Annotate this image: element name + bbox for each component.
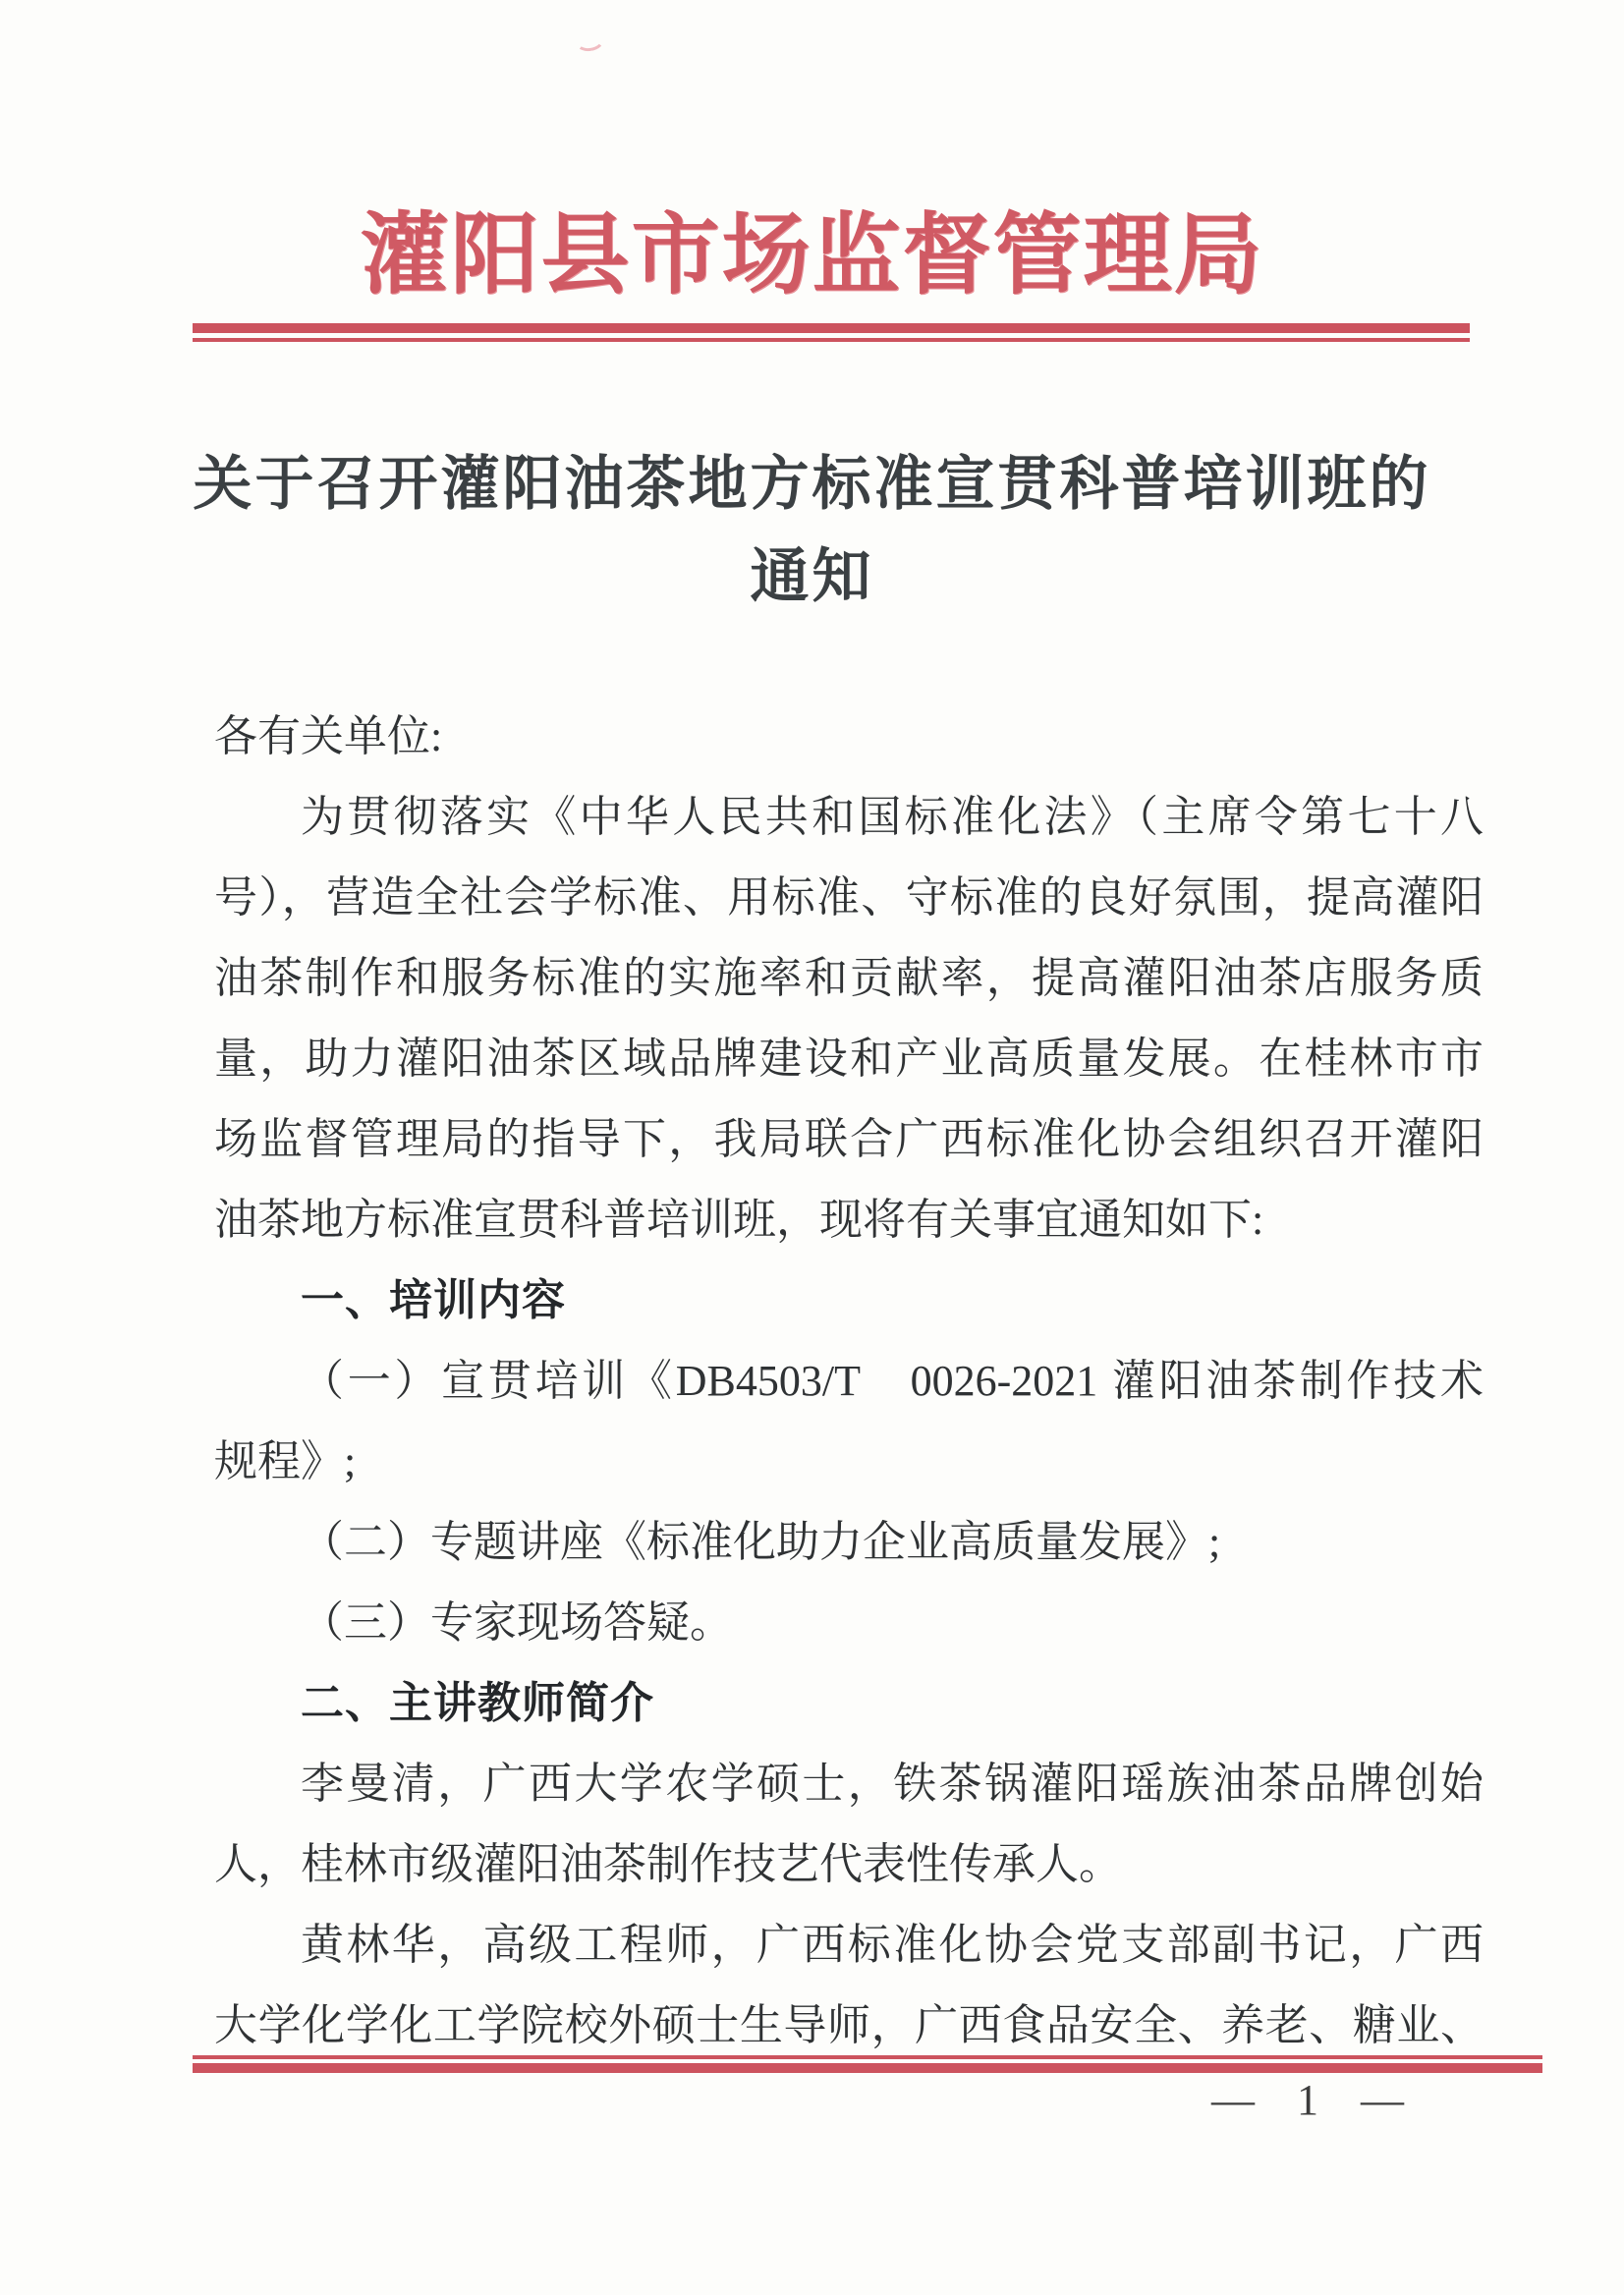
document-title: 关于召开灌阳油茶地方标准宣贯科普培训班的 通知 bbox=[157, 438, 1467, 623]
header-divider bbox=[193, 323, 1470, 342]
document-title-line-1: 关于召开灌阳油茶地方标准宣贯科普培训班的 bbox=[157, 438, 1467, 531]
body-line: （二）专题讲座《标准化助力企业高质量发展》; bbox=[214, 1502, 1484, 1583]
section-heading-1: 一、培训内容 bbox=[214, 1260, 1484, 1341]
header-divider-thick-line bbox=[193, 323, 1470, 333]
body-line: 大学化学化工学院校外硕士生导师，广西食品安全、养老、糖业、 bbox=[214, 1986, 1484, 2066]
salutation: 各有关单位: bbox=[214, 697, 1484, 777]
document-page: 灌阳县市场监督管理局 关于召开灌阳油茶地方标准宣贯科普培训班的 通知 各有关单位… bbox=[0, 0, 1624, 2295]
body-line: 规程》; bbox=[214, 1422, 1484, 1502]
page-number-left-dash: — bbox=[1211, 2075, 1255, 2125]
footer-divider-thin-line bbox=[193, 2055, 1542, 2059]
footer-divider bbox=[193, 2055, 1542, 2073]
section-heading-2: 二、主讲教师简介 bbox=[214, 1663, 1484, 1744]
footer-divider-thick-line bbox=[193, 2063, 1542, 2073]
body-line: 量，助力灌阳油茶区域品牌建设和产业高质量发展。在桂林市市 bbox=[214, 1019, 1484, 1099]
org-title: 灌阳县市场监督管理局 bbox=[0, 202, 1624, 310]
page-number: — 1 — bbox=[1211, 2075, 1404, 2125]
body-line: 号），营造全社会学标准、用标准、守标准的良好氛围，提高灌阳 bbox=[214, 858, 1484, 938]
body-line: （一）宣贯培训《DB4503/T 0026-2021 灌阳油茶制作技术 bbox=[214, 1341, 1484, 1422]
body-line: 黄林华，高级工程师，广西标准化协会党支部副书记，广西 bbox=[214, 1905, 1484, 1986]
body-line: 油茶制作和服务标准的实施率和贡献率，提高灌阳油茶店服务质 bbox=[214, 938, 1484, 1019]
document-body: 各有关单位: 为贯彻落实《中华人民共和国标准化法》（主席令第七十八 号），营造全… bbox=[214, 697, 1484, 2066]
header-divider-thin-line bbox=[193, 338, 1470, 342]
page-number-right-dash: — bbox=[1361, 2075, 1404, 2125]
document-title-line-2: 通知 bbox=[157, 531, 1467, 623]
body-line: 油茶地方标准宣贯科普培训班，现将有关事宜通知如下: bbox=[214, 1180, 1484, 1260]
body-line: 李曼清，广西大学农学硕士，铁茶锅灌阳瑶族油茶品牌创始 bbox=[214, 1744, 1484, 1824]
body-line: （三）专家现场答疑。 bbox=[214, 1583, 1484, 1663]
body-line: 为贯彻落实《中华人民共和国标准化法》（主席令第七十八 bbox=[214, 777, 1484, 858]
body-line: 场监督管理局的指导下，我局联合广西标准化协会组织召开灌阳 bbox=[214, 1099, 1484, 1180]
body-line: 人，桂林市级灌阳油茶制作技艺代表性传承人。 bbox=[214, 1824, 1484, 1905]
scan-artifact bbox=[574, 28, 606, 53]
page-number-value: 1 bbox=[1297, 2075, 1318, 2125]
